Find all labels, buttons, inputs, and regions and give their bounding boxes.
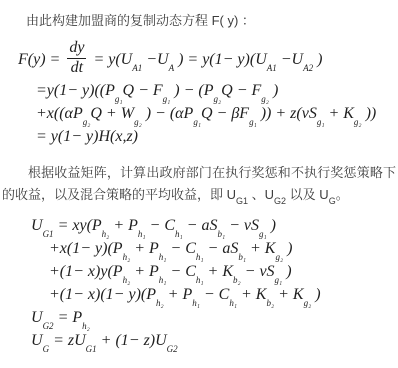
replicator-dynamics-equation: F(y) = dydt = y(UA1 −UA ) = y(1− y)(UA1 … <box>18 42 398 148</box>
equation-line: =y(1− y)((Pg₁Q − Fg₁ ) − (Pg₂Q − Fg₂ ) <box>36 79 398 102</box>
equation-line: +(1− x)y(Ph₂ + Ph₁ − Ch₁ + Kb₂ − vSg₁ ) <box>49 260 398 283</box>
equation-line: F(y) = dydt = y(UA1 −UA ) = y(1− y)(UA1 … <box>18 42 398 79</box>
equation-line: +(1− x)(1− y)(Ph₂ + Ph₁ − Ch₁ + Kb₂ + Kg… <box>49 283 398 306</box>
equation-line: UG1 = xy(Ph₂ + Ph₁ − Ch₁ − aSb₁ − vSg₁ ) <box>31 214 398 237</box>
equation-line: +x(1− y)(Ph₂ + Ph₁ − Ch₁ − aSb₁ + Kg₂ ) <box>49 237 398 260</box>
fraction: dydt <box>67 40 86 77</box>
equation-line: +x((αPg₂Q + Wg₂ ) − (αPg₁Q − βFg₁ )) + z… <box>36 102 398 125</box>
equation-line: UG = zUG1 + (1− z)UG2 <box>31 329 398 352</box>
government-payoff-equation: UG1 = xy(Ph₂ + Ph₁ − Ch₁ − aSb₁ − vSg₁ )… <box>31 214 398 352</box>
document-page: 由此构建加盟商的复制动态方程 F( y) ： F(y) = dydt = y(U… <box>0 0 398 352</box>
payoff-paragraph: 根据收益矩阵，计算出政府部门在执行奖惩和不执行奖惩策略下的收益，以及混合策略的平… <box>2 162 396 206</box>
equation-line: UG2 = Ph₂ <box>31 306 398 329</box>
equation-line: = y(1− y)H(x,z) <box>36 125 398 148</box>
intro-paragraph: 由此构建加盟商的复制动态方程 F( y) ： <box>0 10 394 32</box>
